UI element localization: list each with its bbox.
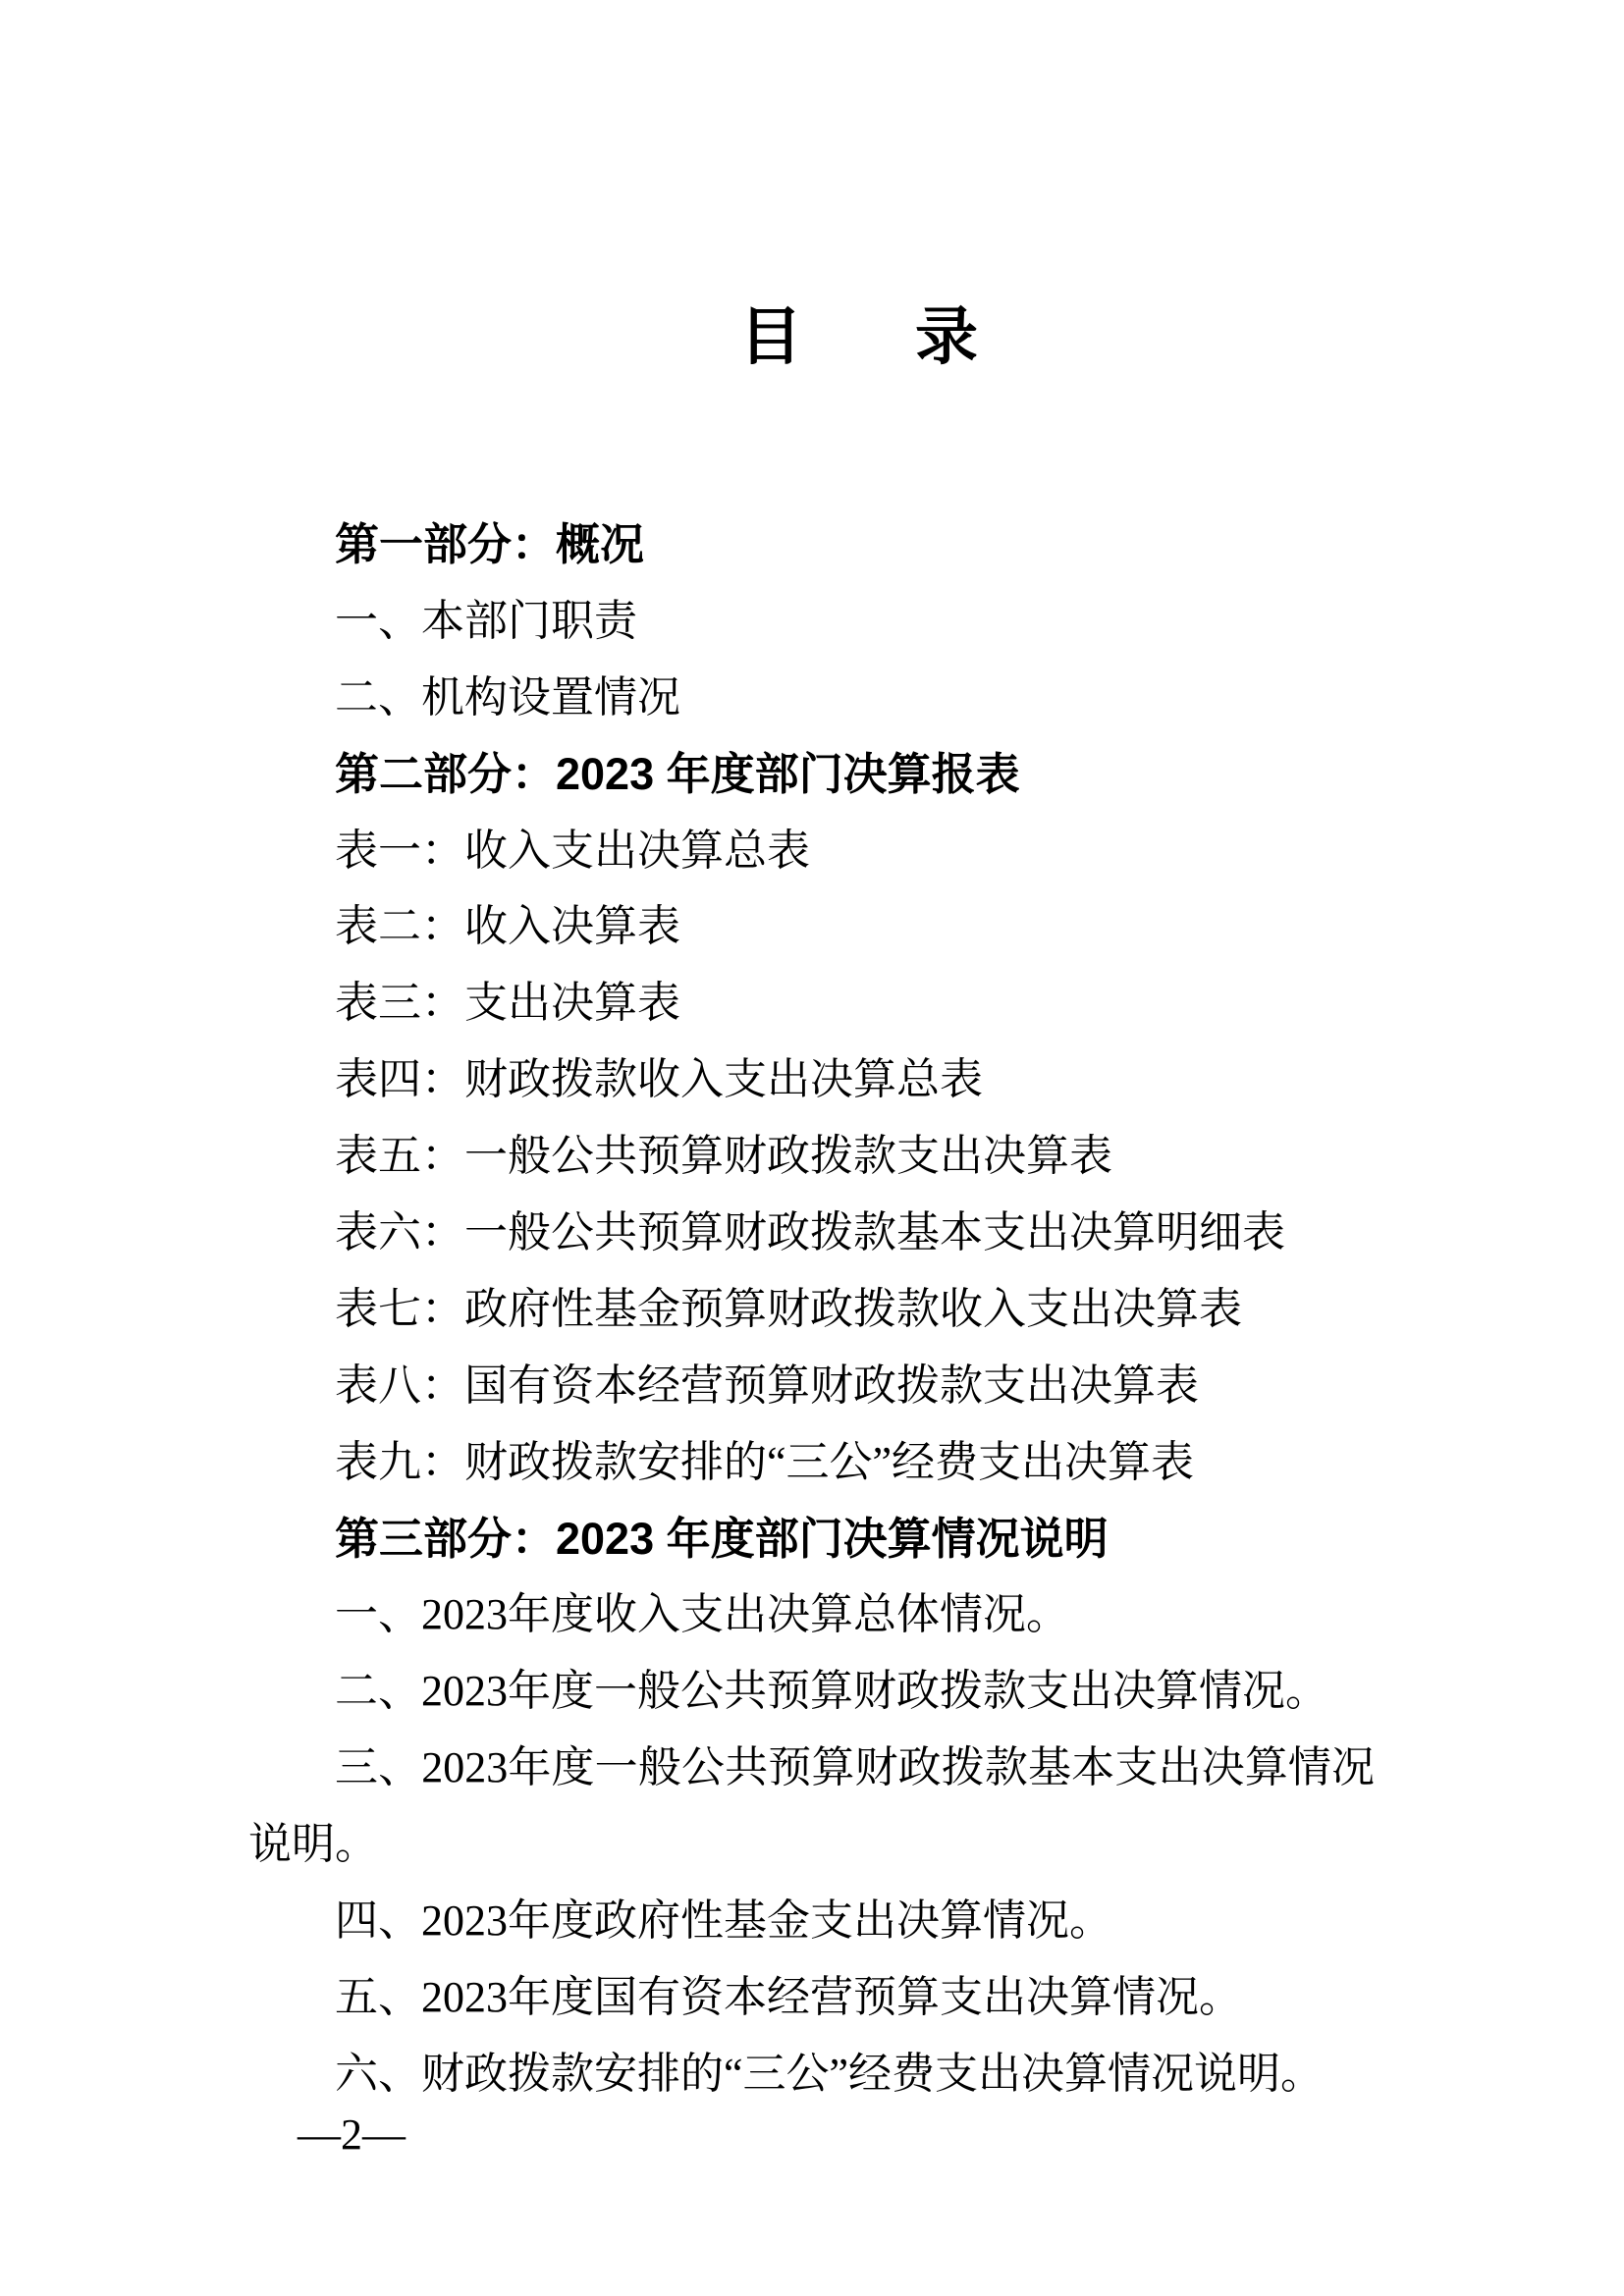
toc-item: 一、2023年度收入支出决算总体情况。 (248, 1576, 1375, 1653)
page-title-char-2: 录 (915, 306, 978, 369)
document-page: 目 录 第一部分：概况 一、本部门职责 二、机构设置情况 第二部分：2023 年… (0, 0, 1624, 2296)
toc-section-heading: 第一部分：概况 (248, 507, 1375, 583)
page-title: 目 录 (739, 306, 978, 369)
toc-item: 表四：财政拨款收入支出决算总表 (248, 1041, 1375, 1118)
toc-item: 表九：财政拨款安排的“三公”经费支出决算表 (248, 1424, 1375, 1501)
toc-item: 表六：一般公共预算财政拨款基本支出决算明细表 (248, 1195, 1375, 1271)
page-title-char-1: 目 (739, 306, 802, 369)
toc-item: 五、2023年度国有资本经营预算支出决算情况。 (248, 1959, 1375, 2036)
toc-section-heading: 第三部分：2023 年度部门决算情况说明 (248, 1501, 1375, 1577)
page-number: —2— (298, 2112, 406, 2158)
toc-item: 六、财政拨款安排的“三公”经费支出决算情况说明。 (248, 2036, 1375, 2112)
toc-item: 二、2023年度一般公共预算财政拨款支出决算情况。 (248, 1653, 1375, 1730)
toc-item: 三、2023年度一般公共预算财政拨款基本支出决算情况 (248, 1730, 1375, 1806)
toc-item: 表一：收入支出决算总表 (248, 813, 1375, 889)
toc-item: 表七：政府性基金预算财政拨款收入支出决算表 (248, 1271, 1375, 1348)
toc-item-continuation: 说明。 (248, 1806, 1375, 1883)
toc-item: 表八：国有资本经营预算财政拨款支出决算表 (248, 1348, 1375, 1424)
toc-item: 表五：一般公共预算财政拨款支出决算表 (248, 1118, 1375, 1195)
toc-item: 四、2023年度政府性基金支出决算情况。 (248, 1883, 1375, 1959)
toc-item: 二、机构设置情况 (248, 660, 1375, 736)
toc-item: 表三：支出决算表 (248, 965, 1375, 1041)
table-of-contents: 第一部分：概况 一、本部门职责 二、机构设置情况 第二部分：2023 年度部门决… (248, 507, 1375, 2112)
toc-item: 一、本部门职责 (248, 583, 1375, 660)
toc-section-heading: 第二部分：2023 年度部门决算报表 (248, 736, 1375, 813)
toc-item: 表二：收入决算表 (248, 888, 1375, 965)
